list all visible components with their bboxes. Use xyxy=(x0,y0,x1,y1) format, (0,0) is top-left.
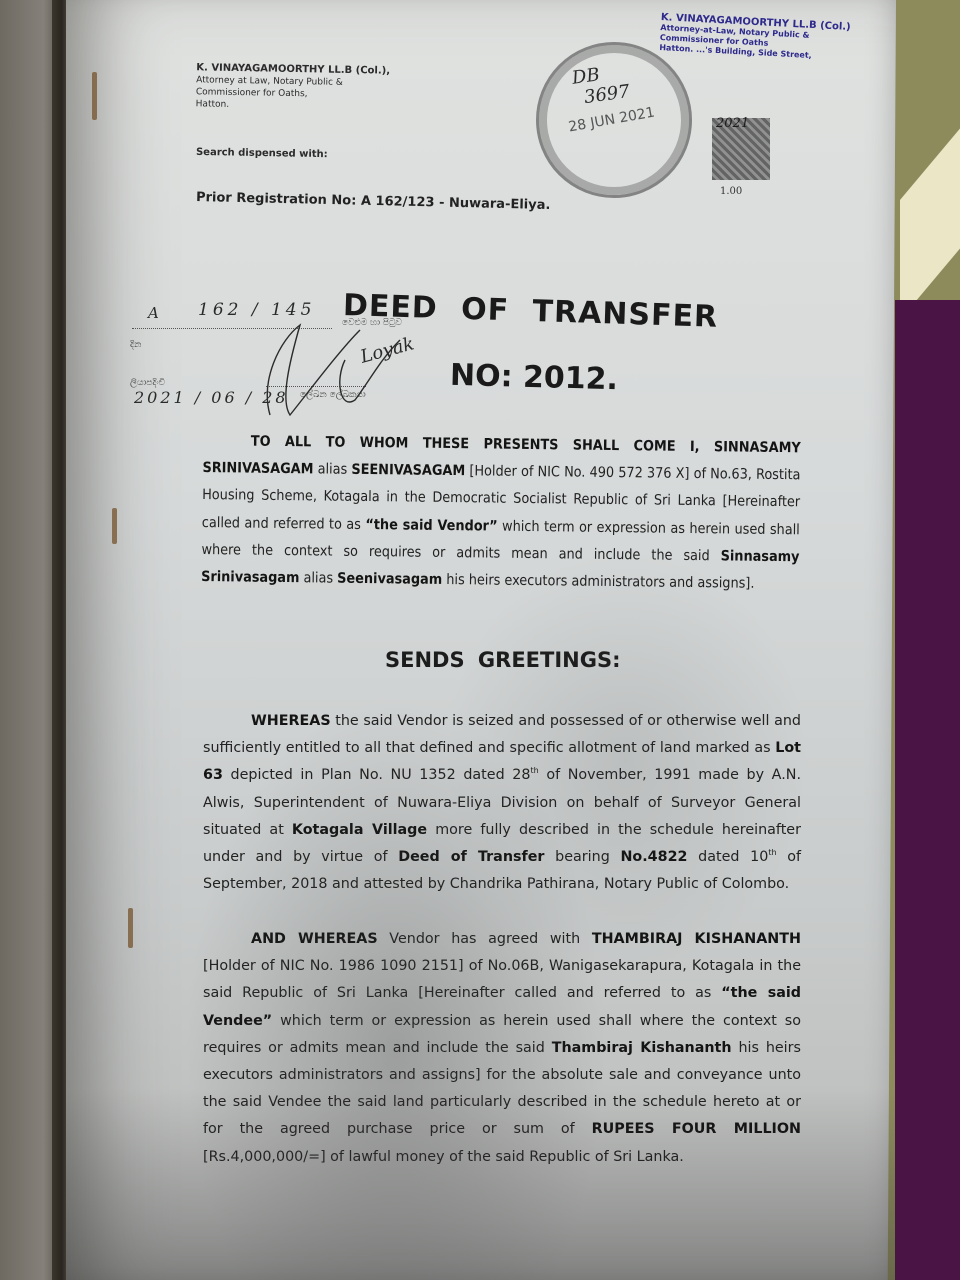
paragraph-whereas: WHEREAS the said Vendor is seized and po… xyxy=(203,708,801,898)
deed-reference-number: No.4822 xyxy=(620,849,687,865)
volume-prefix: A xyxy=(148,304,159,322)
binding-hole-mark xyxy=(128,908,133,948)
sinhala-label: දින xyxy=(130,340,141,350)
vendor-alias: Seenivasagam xyxy=(337,571,442,588)
village-name: Kotagala Village xyxy=(292,822,427,838)
revenue-stamp-value: 1.00 xyxy=(720,186,742,197)
whereas-lead: WHEREAS xyxy=(251,713,331,729)
vendor-term: “the said Vendor” xyxy=(365,517,497,535)
revenue-stamp-mark: 2021 xyxy=(716,116,749,131)
binding-hole-mark xyxy=(112,508,117,544)
search-note: Search dispensed with: xyxy=(196,147,328,160)
sinhala-label: ලියාපදිංචි xyxy=(130,378,165,388)
volume-number: 162 / 145 xyxy=(198,300,315,320)
ordinal-suffix: th xyxy=(768,848,776,857)
amount-in-words: RUPEES FOUR MILLION xyxy=(592,1121,801,1137)
text-span: alias xyxy=(299,570,337,586)
text-span: [Rs.4,000,000/=] of lawful money of the … xyxy=(203,1149,684,1165)
text-span: depicted in Plan No. NU 1352 dated 28 xyxy=(223,767,531,783)
notary-header: K. VINAYAGAMOORTHY LL.B (Col.), Attorney… xyxy=(196,62,391,113)
binding-spine xyxy=(52,0,68,1280)
background-cloth xyxy=(895,300,960,1280)
paragraph-and-whereas: AND WHEREAS Vendor has agreed with THAMB… xyxy=(203,926,801,1171)
text-span: Vendor has agreed with xyxy=(378,931,592,947)
text-span: alias xyxy=(313,462,351,478)
vendee-name-mixed: Thambiraj Kishananth xyxy=(552,1040,732,1056)
vendee-name: THAMBIRAJ KISHANANTH xyxy=(592,931,801,947)
deed-number: NO: 2012. xyxy=(450,358,619,397)
registrar-signature xyxy=(250,320,420,420)
binding-hole-mark xyxy=(92,72,97,120)
paragraph-parties: TO ALL TO WHOM THESE PRESENTS SHALL COME… xyxy=(201,428,801,599)
text-span: his heirs executors administrators and a… xyxy=(442,572,754,592)
deed-reference: Deed of Transfer xyxy=(398,849,544,865)
text-span: [Holder of NIC No. 1986 1090 2151] of No… xyxy=(203,958,801,1001)
sends-greetings-heading: SENDS GREETINGS: xyxy=(385,648,620,672)
and-whereas-lead: AND WHEREAS xyxy=(251,931,378,947)
ordinal-suffix: th xyxy=(530,767,538,776)
text-span: bearing xyxy=(544,849,620,865)
text-span: dated 10 xyxy=(687,849,768,865)
alias-name: SEENIVASAGAM xyxy=(351,462,465,479)
